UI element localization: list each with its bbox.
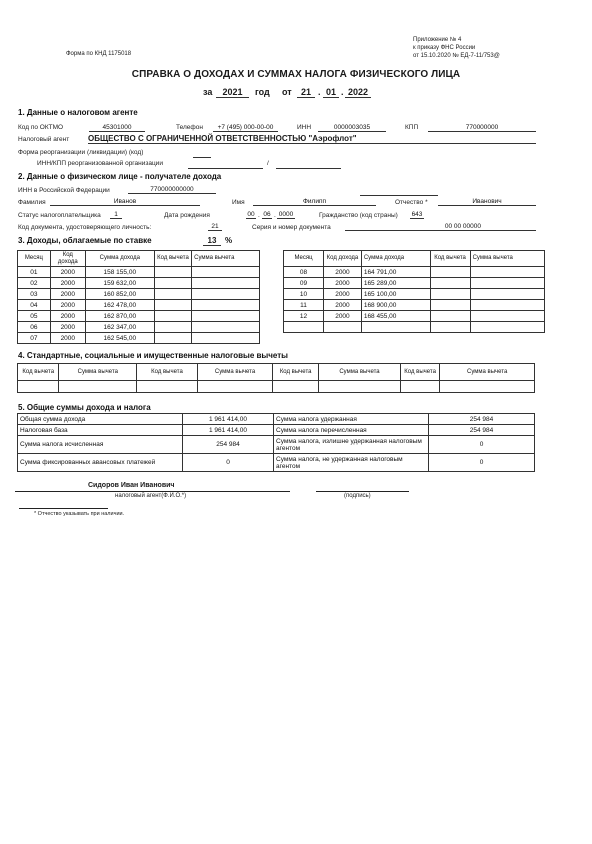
table-row: 052000162 870,00: [18, 311, 260, 322]
table-row: 012000158 155,00: [18, 267, 260, 278]
month-cell: [284, 322, 324, 333]
birth-day-field: 00: [246, 211, 256, 219]
table-row: Сумма налога исчисленная254 984Сумма нал…: [18, 436, 535, 454]
table-row: 042000162 478,00: [18, 300, 260, 311]
citizenship-field: 643: [410, 211, 424, 219]
agent-label: Налоговый агент: [18, 136, 69, 143]
table-row: 122000168 455,00: [284, 311, 545, 322]
month-cell: 03: [18, 289, 51, 300]
deduction-amount-cell: [192, 333, 260, 344]
total-value-cell: 0: [429, 436, 535, 454]
person-inn-label: ИНН в Российской Федерации: [18, 187, 110, 194]
income-table-right: Месяц Код дохода Сумма дохода Код вычета…: [283, 250, 545, 333]
income-code-cell: 2000: [50, 333, 85, 344]
section3-title: 3. Доходы, облагаемые по ставке: [18, 236, 152, 245]
income-amount-cell: 162 478,00: [85, 300, 154, 311]
total-value-cell: 1 961 414,00: [183, 425, 274, 436]
deduction-code-cell: [430, 322, 470, 333]
cell: [18, 381, 59, 393]
deduction-amount-cell: [192, 267, 260, 278]
patronymic-label: Отчество *: [395, 199, 428, 206]
deduction-code-cell: [154, 289, 191, 300]
month-cell: 10: [284, 289, 324, 300]
month-cell: 08: [284, 267, 324, 278]
kpp-field: 770000000: [428, 124, 536, 132]
appendix-line: от 15.10.2020 № ЕД-7-11/753@: [413, 52, 500, 60]
income-code-cell: 2000: [324, 278, 362, 289]
income-code-cell: 2000: [50, 311, 85, 322]
deduction-code-cell: [154, 333, 191, 344]
income-code-cell: 2000: [50, 278, 85, 289]
income-code-cell: 2000: [324, 311, 362, 322]
table-row: 112000168 900,00: [284, 300, 545, 311]
month-cell: 12: [284, 311, 324, 322]
deductions-table: Код вычета Сумма вычета Код вычета Сумма…: [17, 363, 535, 393]
income-amount-cell: 159 632,00: [85, 278, 154, 289]
cell: [59, 381, 137, 393]
date-prefix: от: [282, 87, 292, 97]
agent-signature-line: [15, 491, 290, 492]
signature-line: [316, 491, 409, 492]
income-amount-cell: 165 100,00: [361, 289, 430, 300]
deduction-amount-cell: [470, 267, 544, 278]
cell: [440, 381, 535, 393]
income-amount-cell: 168 455,00: [361, 311, 430, 322]
col-deduction-amount: Сумма вычета: [197, 364, 273, 381]
deduction-amount-cell: [192, 300, 260, 311]
col-deduction-amount: Сумма вычета: [59, 364, 137, 381]
table-row: 092000165 289,00: [284, 278, 545, 289]
col-deduction-amount: Сумма вычета: [192, 251, 260, 267]
cell: [319, 381, 401, 393]
deduction-amount-cell: [192, 322, 260, 333]
reorg-inn-field: [188, 160, 263, 169]
tax-rate-unit: %: [225, 236, 232, 245]
cell: [197, 381, 273, 393]
income-amount-cell: 162 870,00: [85, 311, 154, 322]
month-cell: 01: [18, 267, 51, 278]
section2-title: 2. Данные о физическом лице - получателе…: [18, 172, 221, 181]
income-code-cell: 2000: [50, 300, 85, 311]
income-table-left: Месяц Код дохода Сумма дохода Код вычета…: [17, 250, 260, 344]
income-code-cell: [324, 322, 362, 333]
total-label-cell: Сумма налога, излишне удержанная налогов…: [274, 436, 429, 454]
reorg-form-field: [193, 150, 211, 158]
income-amount-cell: 162 545,00: [85, 333, 154, 344]
deduction-amount-cell: [192, 278, 260, 289]
deduction-amount-cell: [192, 289, 260, 300]
income-amount-cell: 168 900,00: [361, 300, 430, 311]
deduction-amount-cell: [470, 289, 544, 300]
month-cell: 02: [18, 278, 51, 289]
table-row: [18, 381, 535, 393]
total-value-cell: 0: [183, 454, 274, 472]
total-label-cell: Сумма налога перечисленная: [274, 425, 429, 436]
doc-series-value: 00 00 00000: [445, 223, 481, 230]
income-amount-cell: 158 155,00: [85, 267, 154, 278]
section1-title: 1. Данные о налоговом агенте: [18, 108, 138, 117]
deduction-amount-cell: [470, 322, 544, 333]
total-label-cell: Сумма налога удержанная: [274, 414, 429, 425]
cell: [137, 381, 198, 393]
table-row: Сумма фиксированных авансовых платежей0С…: [18, 454, 535, 472]
year-suffix: год: [255, 87, 270, 97]
deduction-code-cell: [154, 300, 191, 311]
table-row: [284, 322, 545, 333]
total-value-cell: 254 984: [183, 436, 274, 454]
col-deduction-code: Код вычета: [154, 251, 191, 267]
total-value-cell: 1 961 414,00: [183, 414, 274, 425]
cell: [400, 381, 439, 393]
date-year: 2022: [345, 87, 371, 98]
table-row: 062000162 347,00: [18, 322, 260, 333]
citizenship-label: Гражданство (код страны): [319, 212, 398, 219]
month-cell: 11: [284, 300, 324, 311]
month-cell: 04: [18, 300, 51, 311]
agent-caption: налоговый агент(Ф.И.О.*): [115, 493, 186, 499]
income-amount-cell: [361, 322, 430, 333]
month-cell: 05: [18, 311, 51, 322]
col-deduction-code: Код вычета: [273, 364, 319, 381]
doc-code-label: Код документа, удостоверяющего личность:: [18, 224, 151, 231]
col-deduction-amount: Сумма вычета: [470, 251, 544, 267]
phone-field: +7 (495) 000-00-00: [213, 124, 278, 132]
table-row: 032000160 852,00: [18, 289, 260, 300]
col-month: Месяц: [18, 251, 51, 267]
reorg-inn-kpp-label: ИНН/КПП реорганизованной организации: [37, 160, 163, 167]
table-row: 102000165 100,00: [284, 289, 545, 300]
month-cell: 09: [284, 278, 324, 289]
form-code: Форма по КНД 1175018: [66, 51, 131, 57]
signature-caption: (подпись): [344, 493, 371, 499]
deduction-code-cell: [154, 311, 191, 322]
footnote-divider: [19, 508, 108, 509]
doc-series-label: Серия и номер документа: [252, 224, 331, 231]
document-title: СПРАВКА О ДОХОДАХ И СУММАХ НАЛОГА ФИЗИЧЕ…: [0, 69, 592, 80]
col-income-amount: Сумма дохода: [361, 251, 430, 267]
deduction-code-cell: [154, 278, 191, 289]
appendix-note: Приложение № 4 к приказу ФНС России от 1…: [413, 36, 500, 60]
appendix-line: Приложение № 4: [413, 36, 500, 44]
section5-title: 5. Общие суммы дохода и налога: [18, 403, 151, 412]
appendix-line: к приказу ФНС России: [413, 44, 500, 52]
income-amount-cell: 160 852,00: [85, 289, 154, 300]
col-deduction-code: Код вычета: [430, 251, 470, 267]
footnote: * Отчество указывать при наличии.: [34, 511, 124, 517]
doc-code-field: 21: [208, 223, 222, 231]
income-code-cell: 2000: [50, 289, 85, 300]
deduction-amount-cell: [470, 278, 544, 289]
blank-field: [360, 186, 438, 196]
surname-label: Фамилия: [18, 199, 46, 206]
birth-year-field: 0000: [277, 211, 295, 219]
total-label-cell: Сумма фиксированных авансовых платежей: [18, 454, 183, 472]
month-cell: 07: [18, 333, 51, 344]
col-income-code: Код дохода: [50, 251, 85, 267]
total-label-cell: Сумма налога исчисленная: [18, 436, 183, 454]
income-amount-cell: 162 347,00: [85, 322, 154, 333]
name-field: Филипп: [253, 198, 376, 206]
deduction-code-cell: [430, 311, 470, 322]
deduction-code-cell: [430, 278, 470, 289]
report-year: 2021: [216, 87, 249, 98]
col-deduction-amount: Сумма вычета: [319, 364, 401, 381]
table-row: 082000164 791,00: [284, 267, 545, 278]
deduction-code-cell: [154, 267, 191, 278]
doc-series-field: 00 00 00000: [345, 223, 536, 231]
reorg-kpp-field: [276, 160, 341, 169]
month-cell: 06: [18, 322, 51, 333]
oktmo-label: Код по ОКТМО: [18, 124, 63, 131]
col-deduction-amount: Сумма вычета: [440, 364, 535, 381]
income-amount-cell: 164 791,00: [361, 267, 430, 278]
kpp-label: КПП: [405, 124, 418, 131]
phone-label: Телефон: [176, 124, 203, 131]
col-deduction-code: Код вычета: [137, 364, 198, 381]
total-label-cell: Налоговая база: [18, 425, 183, 436]
table-row: 072000162 545,00: [18, 333, 260, 344]
person-inn-field: 770000000000: [128, 186, 216, 194]
total-value-cell: 254 984: [429, 425, 535, 436]
table-row: 022000159 632,00: [18, 278, 260, 289]
total-label-cell: Сумма налога, не удержанная налоговым аг…: [274, 454, 429, 472]
agent-name-field: ОБЩЕСТВО С ОГРАНИЧЕННОЙ ОТВЕТСТВЕННОСТЬЮ…: [88, 134, 536, 144]
agent-inn-field: 0000003035: [318, 124, 386, 132]
col-month: Месяц: [284, 251, 324, 267]
deduction-code-cell: [430, 267, 470, 278]
income-code-cell: 2000: [324, 289, 362, 300]
name-label: Имя: [232, 199, 245, 206]
table-row: Налоговая база1 961 414,00Сумма налога п…: [18, 425, 535, 436]
year-prefix: за: [203, 87, 212, 97]
deduction-amount-cell: [192, 311, 260, 322]
oktmo-field: 45301000: [89, 124, 145, 132]
totals-table: Общая сумма дохода1 961 414,00Сумма нало…: [17, 413, 535, 472]
income-amount-cell: 165 289,00: [361, 278, 430, 289]
status-field: 1: [110, 211, 122, 219]
tax-rate-field: 13: [203, 236, 221, 246]
deduction-amount-cell: [470, 300, 544, 311]
income-code-cell: 2000: [50, 322, 85, 333]
col-deduction-code: Код вычета: [18, 364, 59, 381]
reorg-slash: /: [267, 160, 269, 167]
deduction-amount-cell: [470, 311, 544, 322]
income-code-cell: 2000: [50, 267, 85, 278]
deduction-code-cell: [430, 289, 470, 300]
deduction-code-cell: [430, 300, 470, 311]
cell: [273, 381, 319, 393]
surname-field: Иванов: [50, 198, 200, 206]
reorg-form-label: Форма реорганизации (ликвидации) (код): [18, 149, 143, 156]
status-label: Статус налогоплательщика: [18, 212, 101, 219]
income-code-cell: 2000: [324, 300, 362, 311]
birth-label: Дата рождения: [164, 212, 210, 219]
agent-inn-label: ИНН: [297, 124, 311, 131]
col-deduction-code: Код вычета: [400, 364, 439, 381]
birth-month-field: 06: [262, 211, 272, 219]
date-month: 01: [323, 87, 339, 98]
table-row: Общая сумма дохода1 961 414,00Сумма нало…: [18, 414, 535, 425]
col-income-code: Код дохода: [324, 251, 362, 267]
total-value-cell: 0: [429, 454, 535, 472]
section4-title: 4. Стандартные, социальные и имущественн…: [18, 351, 288, 360]
patronymic-field: Иванович: [438, 198, 536, 206]
date-day: 21: [297, 87, 315, 98]
deduction-code-cell: [154, 322, 191, 333]
total-label-cell: Общая сумма дохода: [18, 414, 183, 425]
agent-full-name: Сидоров Иван Иванович: [88, 482, 175, 489]
col-income-amount: Сумма дохода: [85, 251, 154, 267]
income-code-cell: 2000: [324, 267, 362, 278]
total-value-cell: 254 984: [429, 414, 535, 425]
